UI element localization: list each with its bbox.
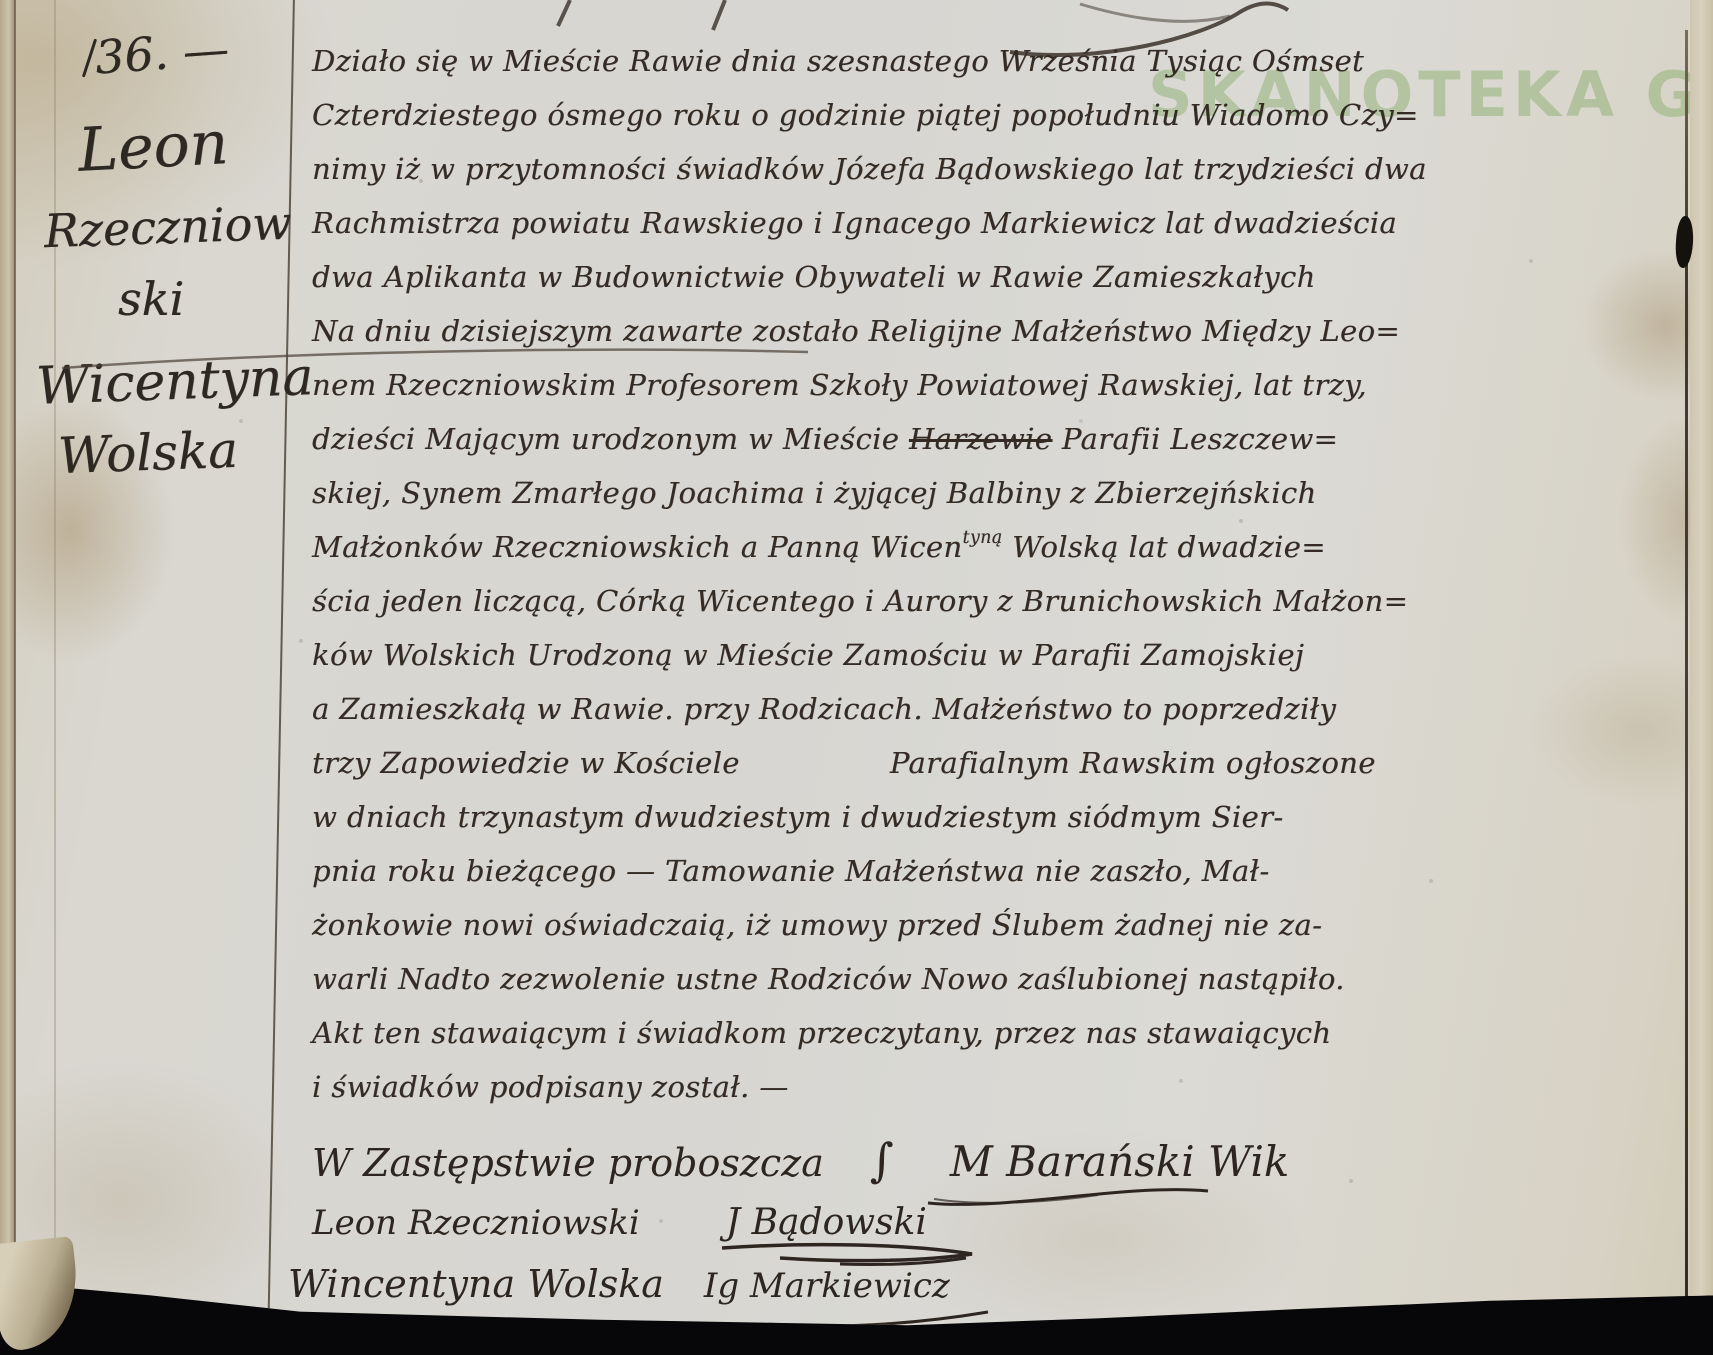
margin-name-groom-last-2: ski — [118, 272, 184, 326]
bride-witness-row: Wincentyna WolskaIg Markiewicz — [288, 1254, 1682, 1314]
record-line: ków Wolskich Urodzoną w Mieście Zamościu… — [312, 628, 1687, 682]
witness1-signature: J Bądowski — [726, 1202, 927, 1243]
officiant-statement: W Zastępstwie proboszcza — [312, 1141, 824, 1185]
record-line: Akt ten stawaiącym i świadkom przeczytan… — [312, 1006, 1687, 1060]
margin-column: 36. — Leon Rzeczniow ski Wicentyna Wolsk… — [0, 0, 300, 1355]
record-line-part: tyną — [963, 511, 1003, 565]
record-line-part: Harzewie — [909, 422, 1052, 456]
bride-signature: Wincentyna Wolska — [288, 1262, 664, 1306]
entry-number: 36. — — [93, 21, 230, 84]
officiant-row: W Zastępstwie proboszcza∫M Barański Wik — [312, 1128, 1682, 1192]
document-photo: SKANOTEKA GE 36. — Leon Rzeczniow ski Wi… — [0, 0, 1713, 1355]
record-line-part: Parafialnym Rawskim ogłoszone — [890, 746, 1376, 780]
record-line: nem Rzeczniowskim Profesorem Szkoły Powi… — [312, 358, 1687, 412]
record-line: i świadków podpisany został. — — [312, 1060, 1687, 1114]
signature-flourish — [698, 1304, 998, 1328]
margin-name-groom-first: Leon — [76, 108, 230, 186]
record-line-part: trzy Zapowiedzie w Kościele — [312, 746, 740, 780]
signatures-section: W Zastępstwie proboszcza∫M Barański Wik … — [312, 1128, 1682, 1314]
record-line: Czterdziestego ósmego roku o godzinie pi… — [312, 88, 1687, 142]
page-corner-curl — [0, 1236, 83, 1352]
record-line: a Zamieszkałą w Rawie. przy Rodzicach. M… — [312, 682, 1687, 736]
record-line: dwa Aplikanta w Budownictwie Obywateli w… — [312, 250, 1687, 304]
record-line: Rachmistrza powiatu Rawskiego i Ignacego… — [312, 196, 1687, 250]
record-line: Małżonków Rzeczniowskich a Panną Wicenty… — [312, 520, 1687, 574]
record-line: ścia jeden liczącą, Córką Wicentego i Au… — [312, 574, 1687, 628]
margin-name-groom-last-1: Rzeczniow — [43, 196, 292, 259]
record-line-part: dzieści Mającym urodzonym w Mieście — [312, 422, 909, 456]
record-line: żonkowie nowi oświadczaią, iż umowy prze… — [312, 898, 1687, 952]
margin-name-bride-last: Wolska — [57, 421, 239, 485]
witness2-signature: Ig Markiewicz — [704, 1266, 950, 1306]
record-line-part: Małżonków Rzeczniowskich a Panną Wicen — [312, 530, 963, 564]
record-line-part: Parafii Leszczew= — [1052, 422, 1338, 456]
record-line: dzieści Mającym urodzonym w Mieście Harz… — [312, 412, 1687, 466]
record-line: w dniach trzynastym dwudziestym i dwudzi… — [312, 790, 1687, 844]
record-line: Na dniu dzisiejszym zawarte zostało Reli… — [312, 304, 1687, 358]
groom-signature: Leon Rzeczniowski — [312, 1203, 640, 1243]
record-line: nimy iż w przytomności świadków Józefa B… — [312, 142, 1687, 196]
record-line: warli Nadto zezwolenie ustne Rodziców No… — [312, 952, 1687, 1006]
record-line: pnia roku bieżącego — Tamowanie Małżeńst… — [312, 844, 1687, 898]
record-body: Działo się w Mieście Rawie dnia szesnast… — [312, 34, 1687, 1114]
record-line: trzy Zapowiedzie w KościeleParafialnym R… — [312, 736, 1687, 790]
record-line: Działo się w Mieście Rawie dnia szesnast… — [312, 34, 1687, 88]
page-right-edge — [1690, 0, 1713, 1310]
register-page: SKANOTEKA GE 36. — Leon Rzeczniow ski Wi… — [0, 0, 1713, 1355]
record-line-part: Wolską lat dwadzie= — [1002, 530, 1325, 564]
signature-flourish — [888, 1177, 1218, 1207]
